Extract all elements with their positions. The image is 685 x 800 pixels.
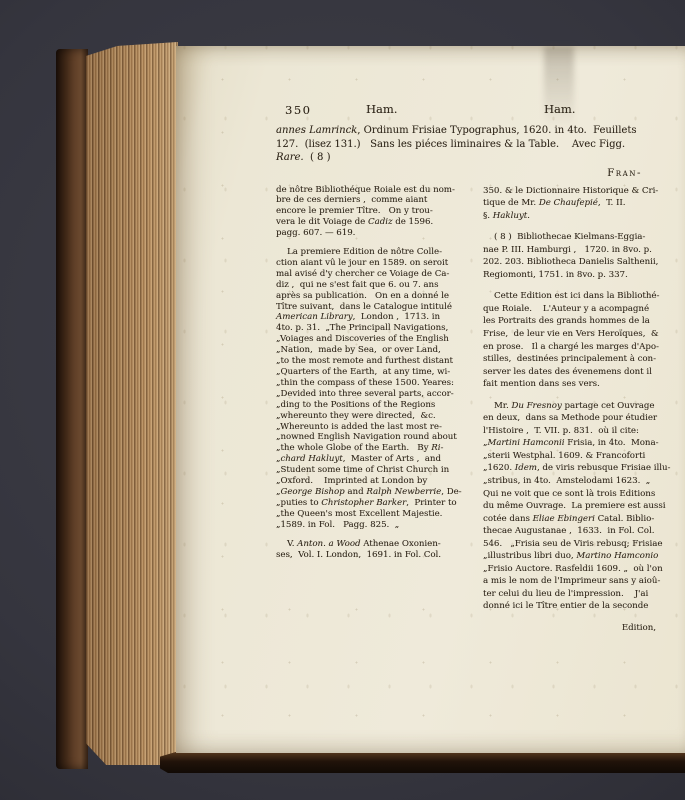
text-line: ( 8 ) Bibliothecae Kielmans-Eggia- [483, 231, 676, 244]
page-header: 350 Ham. Ham. [276, 102, 676, 120]
right-column: 350. & le Dictionnaire Historique & Cri-… [483, 185, 676, 635]
running-head-left: Ham. [366, 102, 397, 116]
text-line: 546. „Frisia seu de Viris rebusq; Frisia… [483, 538, 676, 551]
paragraph: Mr. Du Fresnoy partage cet Ouvrageen deu… [483, 400, 676, 613]
text-line: thecae Augustanae , 1633. in Fol. Col. [483, 525, 676, 538]
text-line: „nowned English Navigation round about [276, 432, 469, 443]
text-line: „Voiages and Discoveries of the English [276, 334, 469, 345]
text-line: Cette Edition est ici dans la Bibliothé- [483, 290, 676, 303]
text-line: que Roiale. L'Auteur y a acompagné [483, 303, 676, 316]
text-line: vera le dit Voiage de Cadiz de 1596. [276, 217, 469, 228]
text-line: fait mention dans ses vers. [483, 378, 676, 391]
text-line: „ding to the Positions of the Regions [276, 400, 469, 411]
text-line: donné ici le Tître entier de la seconde [483, 600, 676, 613]
text-line: „sterii Westphal. 1609. & Francoforti [483, 450, 676, 463]
text-line: „Quarters of the Earth, at any time, wi- [276, 367, 469, 378]
book: 350 Ham. Ham. annes Lamrinck, Ordinum Fr… [56, 42, 685, 773]
text-line: l'Histoire , T. VII. p. 831. où il cite: [483, 425, 676, 438]
page-number: 350 [285, 103, 311, 117]
book-page: 350 Ham. Ham. annes Lamrinck, Ordinum Fr… [176, 46, 685, 753]
text-line: a mis le nom de l'Imprimeur sans y aioû- [483, 575, 676, 588]
text-line: 4to. p. 31. „The Principall Navigations, [276, 323, 469, 334]
text-line: „to the most remote and furthest distant [276, 356, 469, 367]
text-line: „thin the compass of these 1500. Yeares: [276, 378, 469, 389]
text-line: „1589. in Fol. Pagg. 825. „ [276, 520, 469, 531]
running-head-right: Ham. [544, 102, 575, 116]
text-line: annes Lamrinck, Ordinum Frisiae Typograp… [276, 124, 676, 138]
text-line: du même Ouvrage. La premiere est aussi [483, 500, 676, 513]
text-line: en prose. Il a chargé les marges d'Apo- [483, 341, 676, 354]
page-text-block: 350 Ham. Ham. annes Lamrinck, Ordinum Fr… [276, 102, 676, 635]
text-line: „whereunto they were directed, &c. [276, 411, 469, 422]
text-line: „illustribus libri duo, Martino Hamconio [483, 550, 676, 563]
text-line: ter celui du lieu de l'impression. J'ai [483, 588, 676, 601]
paragraph: annes Lamrinck, Ordinum Frisiae Typograp… [276, 124, 676, 165]
text-line: 127. (lisez 131.) Sans les piéces limina… [276, 138, 676, 152]
text-line: §. Hakluyt. [483, 210, 676, 223]
text-line: „Martini Hamconii Frisia, in 4to. Mona- [483, 437, 676, 450]
text-line: „1620. Idem, de viris rebusque Frisiae i… [483, 462, 676, 475]
text-line: American Library, London , 1713. in [276, 312, 469, 323]
left-column: de nôtre Bibliothéque Roiale est du nom-… [276, 185, 469, 635]
text-line: encore le premier Tître. On y trou- [276, 206, 469, 217]
paragraph: La premiere Edition de nôtre Colle-ction… [276, 247, 469, 531]
text-line: „Nation, made by Sea, or over Land, [276, 345, 469, 356]
paragraph: 350. & le Dictionnaire Historique & Cri-… [483, 185, 676, 223]
text-line: de nôtre Bibliothéque Roiale est du nom- [276, 185, 469, 196]
text-line: Tître suivant, dans le Catalogue intitul… [276, 302, 469, 313]
text-line: nae P. III. Hamburgi , 1720. in 8vo. p. [483, 244, 676, 257]
paragraph: de nôtre Bibliothéque Roiale est du nom-… [276, 185, 469, 240]
text-line: server les dates des évenemens dont il [483, 366, 676, 379]
text-line: stilles, destinées principalement à con- [483, 353, 676, 366]
text-line: „stribus, in 4to. Amstelodami 1623. „ [483, 475, 676, 488]
text-line: V. Anton. a Wood Athenae Oxonien- [276, 539, 469, 550]
text-line: bre de ces derniers , comme aiant [276, 195, 469, 206]
text-line: „Frisio Auctore. Rasfeldii 1609. „ où l'… [483, 563, 676, 576]
text-line: ction aiant vû le jour en 1589. on seroi… [276, 258, 469, 269]
text-line: „Student some time of Christ Church in [276, 465, 469, 476]
text-line: La premiere Edition de nôtre Colle- [276, 247, 469, 258]
text-line: „the Queen's most Excellent Majestie. [276, 509, 469, 520]
text-line: en deux, dans sa Methode pour étudier [483, 412, 676, 425]
text-line: diz , qui ne s'est fait que 6. ou 7. ans [276, 280, 469, 291]
text-line: Rare. ( 8 ) [276, 151, 676, 165]
text-line: les Portraits des grands hommes de la [483, 315, 676, 328]
two-column-text: de nôtre Bibliothéque Roiale est du nom-… [276, 185, 676, 635]
text-line: pagg. 607. — 619. [276, 228, 469, 239]
text-line: 202. 203. Bibliotheca Danielis Salthenii… [483, 256, 676, 269]
paragraph: Edition, [483, 622, 676, 635]
text-line: Qui ne voit que ce sont là trois Edition… [483, 488, 676, 501]
text-line: „puties to Christopher Barker, Printer t… [276, 498, 469, 509]
catchword-signature: Fran- [276, 168, 676, 179]
text-line: Regiomonti, 1751. in 8vo. p. 337. [483, 269, 676, 282]
text-line: mal avisé d'y chercher ce Voiage de Ca- [276, 269, 469, 280]
text-line: cotée dans Eliae Ebingeri Catal. Biblio- [483, 513, 676, 526]
paragraph: V. Anton. a Wood Athenae Oxonien-ses, Vo… [276, 539, 469, 561]
text-line: „George Bishop and Ralph Newberrie, De- [276, 487, 469, 498]
text-line: „Oxford. Imprinted at London by [276, 476, 469, 487]
text-line: ses, Vol. I. London, 1691. in Fol. Col. [276, 550, 469, 561]
text-line: „the whole Globe of the Earth. By Ri- [276, 443, 469, 454]
scan-background: 350 Ham. Ham. annes Lamrinck, Ordinum Fr… [0, 0, 685, 800]
text-line: Frise, de leur vie en Vers Heroïques, & [483, 328, 676, 341]
book-cover-board-bottom [160, 752, 685, 773]
text-line: après sa publication. On en a donné le [276, 291, 469, 302]
text-line: Edition, [483, 622, 656, 635]
text-line: „Devided into three several parts, accor… [276, 389, 469, 400]
page-fore-edges [86, 42, 178, 765]
text-line: „Whereunto is added the last most re- [276, 422, 469, 433]
paragraph: ( 8 ) Bibliothecae Kielmans-Eggia-nae P.… [483, 231, 676, 281]
text-line: Mr. Du Fresnoy partage cet Ouvrage [483, 400, 676, 413]
headnote: annes Lamrinck, Ordinum Frisiae Typograp… [276, 124, 676, 165]
text-line: 350. & le Dictionnaire Historique & Cri- [483, 185, 676, 198]
book-spine-edge [56, 49, 88, 769]
text-line: „chard Hakluyt, Master of Arts , and [276, 454, 469, 465]
paragraph: Cette Edition est ici dans la Bibliothé-… [483, 290, 676, 390]
text-line: tique de Mr. De Chaufepié, T. II. [483, 197, 676, 210]
